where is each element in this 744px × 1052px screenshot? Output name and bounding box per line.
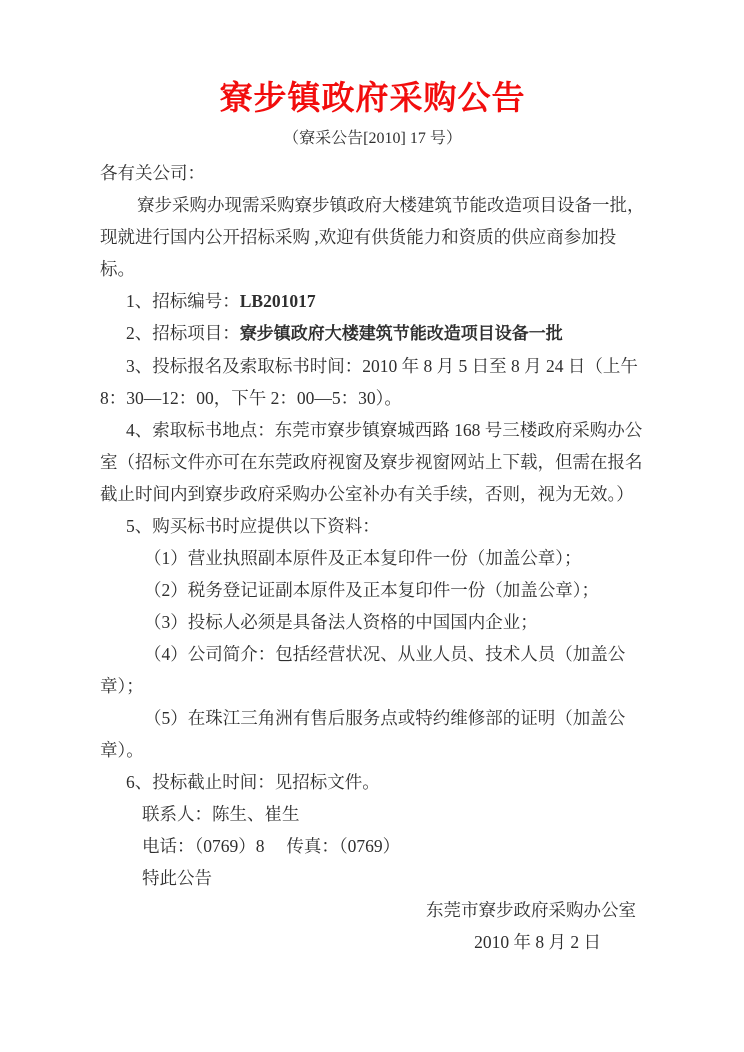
item-1: 1、招标编号：LB201017 (100, 285, 645, 317)
doc-body: 各有关公司： 寮步采购办现需采购寮步镇政府大楼建筑节能改造项目设备一批， 现就进… (100, 157, 645, 958)
document-page: 寮步镇政府采购公告 （寮采公告[2010] 17 号） 各有关公司： 寮步采购办… (0, 0, 744, 1052)
item-4-line-2: 室（招标文件亦可在东莞政府视窗及寮步视窗网站上下载，但需在报名 (100, 446, 645, 478)
item-6: 6、投标截止时间：见招标文件。 (100, 766, 645, 798)
doc-number: （寮采公告[2010] 17 号） (100, 125, 645, 153)
item-5-sub-4-line-1: （4）公司简介：包括经营状况、从业人员、技术人员（加盖公 (100, 638, 645, 670)
item-5-sub-4-line-2: 章）； (100, 670, 645, 702)
item-1-label: 1、招标编号： (126, 291, 240, 311)
contact-phone-fax: 电话：（0769）8 传真：（0769） (100, 830, 645, 862)
salutation: 各有关公司： (100, 157, 645, 189)
signature-date: 2010 年 8 月 2 日 (100, 926, 645, 958)
signature-block: 东莞市寮步政府采购办公室 2010 年 8 月 2 日 (100, 894, 645, 958)
item-2: 2、招标项目：寮步镇政府大楼建筑节能改造项目设备一批 (100, 317, 645, 350)
item-3-line-2: 8：30—12：00，下午 2：00—5：30）。 (100, 382, 645, 414)
intro-line-1: 寮步采购办现需采购寮步镇政府大楼建筑节能改造项目设备一批， (100, 189, 645, 221)
item-4-line-1: 4、索取标书地点：东莞市寮步镇寮城西路 168 号三楼政府采购办公 (100, 414, 645, 446)
item-4-line-3: 截止时间内到寮步政府采购办公室补办有关手续，否则，视为无效。） (100, 478, 645, 510)
item-5-sub-3: （3）投标人必须是具备法人资格的中国国内企业； (100, 606, 645, 638)
item-1-value: LB201017 (240, 291, 316, 311)
item-5-sub-1: （1）营业执照副本原件及正本复印件一份（加盖公章）； (100, 542, 645, 574)
doc-title: 寮步镇政府采购公告 (100, 80, 645, 118)
item-2-value: 寮步镇政府大楼建筑节能改造项目设备一批 (240, 324, 563, 343)
item-2-label: 2、招标项目： (126, 323, 240, 343)
item-5-heading: 5、购买标书时应提供以下资料： (100, 510, 645, 542)
contact-person: 联系人：陈生、崔生 (100, 798, 645, 830)
item-5-sub-5-line-2: 章）。 (100, 734, 645, 766)
item-5-sub-2: （2）税务登记证副本原件及正本复印件一份（加盖公章）； (100, 574, 645, 606)
signature-organization: 东莞市寮步政府采购办公室 (100, 894, 645, 926)
item-5-sub-5-line-1: （5）在珠江三角洲有售后服务点或特约维修部的证明（加盖公 (100, 702, 645, 734)
closing-statement: 特此公告 (100, 862, 645, 894)
intro-line-2: 现就进行国内公开招标采购 ,欢迎有供货能力和资质的供应商参加投标。 (100, 221, 645, 285)
item-3-line-1: 3、投标报名及索取标书时间：2010 年 8 月 5 日至 8 月 24 日（上… (100, 350, 645, 382)
